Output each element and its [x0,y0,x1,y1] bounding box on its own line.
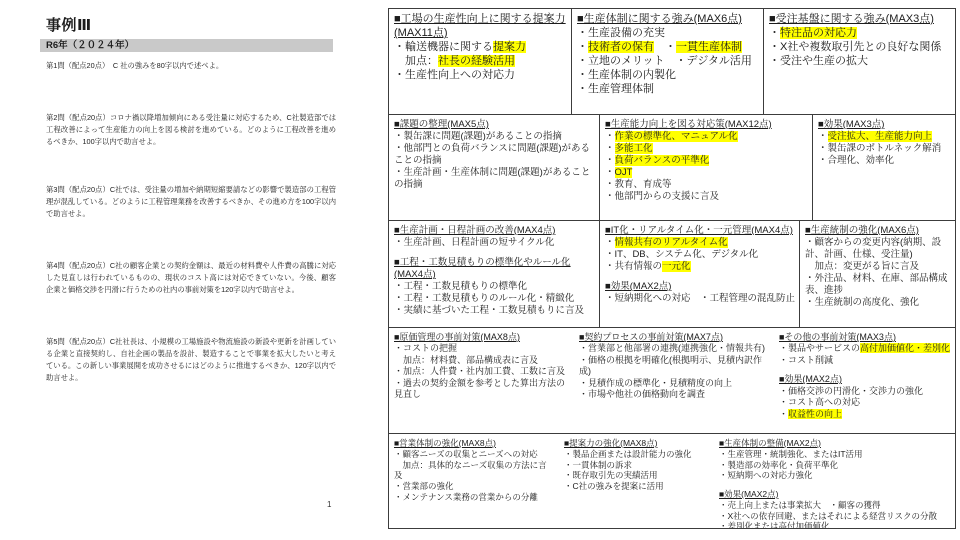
question-paragraph: 第4問（配点20点）C社の顧客企業との契約金額は、最近の材料費や人件費の高騰に対… [46,260,336,296]
box-line: ・生産計画・生産体制に問題(課題)があることの指摘 [394,167,595,191]
box-line: ・IT、DB、システム化、デジタル化 [605,249,795,261]
box-line: ・工程・工数見積もりのルール化・精緻化 [394,293,595,305]
answer-box: ■契約プロセスの事前対策(MAX7点)・営業部と他部署の連携(連携強化・情報共有… [574,328,774,433]
box-section: ■工場の生産性向上に関する提案力(MAX11点)・輸送機器に関する提案力 加点：… [394,13,567,83]
highlight: 作業の標準化、マニュアル化 [615,131,738,142]
box-section: ■生産統制の強化(MAX6点)・顧客からの変更内容(納期、設計、計画、仕様、受注… [805,225,951,309]
box-header: ■課題の整理(MAX5点) [394,119,595,131]
box-line: ・価格の根拠を明確化(根拠明示、見積内訳作成) [579,355,770,378]
box-line: ・見積作成の標準化・見積精度の向上 [579,378,770,389]
box-line: ・技術者の保有 ・一貫生産体制 [577,41,759,55]
box-section: ■生産能力向上を図る対応策(MAX12点)・作業の標準化、マニュアル化・多能工化… [605,119,808,203]
box-line: ・合理化、効率化 [818,155,951,167]
box-line: ・負荷バランスの平準化 [605,155,808,167]
box-header: ■生産能力向上を図る対応策(MAX12点) [605,119,808,131]
answer-row: ■原価管理の事前対策(MAX8点)・コストの把握 加点：材料費、部品構成表に言及… [388,327,956,434]
box-line: ・C社の強みを提案に活用 [564,481,710,492]
box-line: ・営業部の強化 [394,481,555,492]
box-line: ・顧客からの変更内容(納期、設計、計画、仕様、受注量) [805,237,951,261]
box-header: ■効果(MAX2点) [719,489,951,500]
box-line: ・コスト高への対応 [779,397,951,408]
box-line: ・生産体制の内製化 [577,69,759,83]
box-header: ■効果(MAX2点) [605,281,795,293]
answer-box: ■工場の生産性向上に関する提案力(MAX11点)・輸送機器に関する提案力 加点：… [389,9,571,114]
question-paragraph: 第5問（配点20点）C社社長は、小規模の工場施設や物流施設の新設や更新を計画して… [46,336,336,384]
box-line: ・他部門との負荷バランスに問題(課題)があることの指摘 [394,143,595,167]
box-header: ■工場の生産性向上に関する提案力(MAX11点) [394,13,567,41]
box-header: ■提案力の強化(MAX8点) [564,438,710,449]
box-section: ■契約プロセスの事前対策(MAX7点)・営業部と他部署の連携(連携強化・情報共有… [579,332,770,401]
box-header: ■生産体制に関する強み(MAX6点) [577,13,759,27]
box-header: ■受注基盤に関する強み(MAX3点) [769,13,951,27]
answer-row: ■工場の生産性向上に関する提案力(MAX11点)・輸送機器に関する提案力 加点：… [388,8,956,115]
highlight: 情報共有のリアルタイム化 [615,237,728,248]
box-line: 加点：変更がる旨に言及 [805,261,951,273]
box-line: ・製品やサービスの高付加価値化・差別化 [779,343,951,354]
box-header: ■生産統制の強化(MAX6点) [805,225,951,237]
highlight: 高付加価値化・差別化 [860,343,950,353]
box-section: ■原価管理の事前対策(MAX8点)・コストの把握 加点：材料費、部品構成表に言及… [394,332,570,401]
box-section: ■効果(MAX2点)・売上向上または事業拡大 ・顧客の獲得・X社への依存回避、ま… [719,489,951,528]
box-line: ・実績に基づいた工程・工数見積もりに言及 [394,305,595,317]
box-line: ・X社や複数取引先との良好な関係 [769,41,951,55]
answer-box: ■課題の整理(MAX5点)・製缶課に問題(課題)があることの指摘・他部門との負荷… [389,115,599,220]
box-line: ・他部門からの支援に言及 [605,191,808,203]
answer-box: ■生産体制の整備(MAX2点)・生産管理・統制強化、またはIT活用・製造部の効率… [714,434,955,528]
box-header: ■営業体制の強化(MAX8点) [394,438,555,449]
box-line: ・受注や生産の拡大 [769,55,951,69]
box-section: ■工程・工数見積もりの標準化やルール化(MAX4点)・工程・工数見積もりの標準化… [394,257,595,317]
answer-box: ■原価管理の事前対策(MAX8点)・コストの把握 加点：材料費、部品構成表に言及… [389,328,574,433]
box-header: ■生産計画・日程計画の改善(MAX4点) [394,225,595,237]
box-section: ■生産計画・日程計画の改善(MAX4点)・生産計画、日程計画の短サイクル化 [394,225,595,249]
box-line: ・生産管理体制 [577,83,759,97]
box-line: ・過去の契約金額を参考とした算出方法の見直し [394,378,570,401]
box-line: ・既存取引先の実績活用 [564,470,710,481]
box-header: ■IT化・リアルタイム化・一元管理(MAX4点) [605,225,795,237]
answer-panel: ■工場の生産性向上に関する提案力(MAX11点)・輸送機器に関する提案力 加点：… [388,8,956,529]
box-line: ・共有情報の一元化 [605,261,795,273]
box-line: ・特注品の対応力 [769,27,951,41]
box-section: ■課題の整理(MAX5点)・製缶課に問題(課題)があることの指摘・他部門との負荷… [394,119,595,191]
box-line: ・作業の標準化、マニュアル化 [605,131,808,143]
document-page: 事例Ⅲ R6年（２０２４年） 第1問（配点20点） C 社の強みを80字以内で述… [0,0,386,540]
box-line: ・生産管理・統制強化、またはIT活用 [719,449,951,460]
highlight: 特注品の対応力 [780,27,857,39]
year-band: R6年（２０２４年） [40,39,333,52]
answer-row: ■営業体制の強化(MAX8点)・顧客ニーズの収集とニーズへの対応 加点：具体的な… [388,433,956,529]
box-line: ・生産性向上への対応力 [394,69,567,83]
box-line: ・製缶課のボトルネック解消 [818,143,951,155]
box-section: ■受注基盤に関する強み(MAX3点)・特注品の対応力・X社や複数取引先との良好な… [769,13,951,69]
box-header: ■生産体制の整備(MAX2点) [719,438,951,449]
highlight: 多能工化 [615,143,653,154]
box-line: ・顧客ニーズの収集とニーズへの対応 [394,449,555,460]
box-line: ・OJT [605,167,808,179]
box-section: ■その他の事前対策(MAX3点)・製品やサービスの高付加価値化・差別化・コスト削… [779,332,951,366]
highlight: 一貫生産体制 [676,41,742,53]
answer-box: ■生産能力向上を図る対応策(MAX12点)・作業の標準化、マニュアル化・多能工化… [599,115,812,220]
page-number: 1 [327,500,331,509]
answer-box: ■生産計画・日程計画の改善(MAX4点)・生産計画、日程計画の短サイクル化■工程… [389,221,599,327]
highlight: 受注拡大、生産能力向上 [828,131,933,142]
box-line: ・製造部の効率化・負荷平準化 [719,460,951,471]
box-header: ■その他の事前対策(MAX3点) [779,332,951,343]
box-line: ・外注品、材料、在庫、部品構成表、進捗 [805,273,951,297]
box-line: ・売上向上または事業拡大 ・顧客の獲得 [719,500,951,511]
box-line: ・輸送機器に関する提案力 [394,41,567,55]
box-line: 加点：社長の経験活用 [394,55,567,69]
answer-box: ■効果(MAX3点)・受注拡大、生産能力向上・製缶課のボトルネック解消・合理化、… [812,115,955,220]
box-header: ■原価管理の事前対策(MAX8点) [394,332,570,343]
highlight: 提案力 [493,41,526,53]
box-line: ・製品企画または設計能力の強化 [564,449,710,460]
answer-box: ■その他の事前対策(MAX3点)・製品やサービスの高付加価値化・差別化・コスト削… [774,328,955,433]
box-line: ・差別化または高付加価値化 [719,521,951,528]
box-line: ・X社への依存回避、またはそれによる経営リスクの分散 [719,511,951,522]
highlight: 一元化 [662,261,691,272]
box-section: ■効果(MAX2点)・価格交渉の円滑化・交渉力の強化・コスト高への対応・収益性の… [779,374,951,420]
answer-box: ■営業体制の強化(MAX8点)・顧客ニーズの収集とニーズへの対応 加点：具体的な… [389,434,559,528]
question-paragraph: 第1問（配点20点） C 社の強みを80字以内で述べよ。 [46,60,336,72]
answer-box: ■生産統制の強化(MAX6点)・顧客からの変更内容(納期、設計、計画、仕様、受注… [799,221,955,327]
answer-box: ■受注基盤に関する強み(MAX3点)・特注品の対応力・X社や複数取引先との良好な… [763,9,955,114]
answer-box: ■生産体制に関する強み(MAX6点)・生産設備の充実・技術者の保有 ・一貫生産体… [571,9,763,114]
box-line: ・コスト削減 [779,355,951,366]
box-line: ・生産計画、日程計画の短サイクル化 [394,237,595,249]
box-line: ・情報共有のリアルタイム化 [605,237,795,249]
box-line: 加点：材料費、部品構成表に言及 [394,355,570,366]
box-line: ・工程・工数見積もりの標準化 [394,281,595,293]
box-line: ・市場や他社の価格動向を調査 [579,389,770,400]
box-section: ■効果(MAX2点)・短納期化への対応 ・工程管理の混乱防止 [605,281,795,305]
box-line: ・収益性の向上 [779,409,951,420]
highlight: OJT [615,167,633,178]
box-line: ・生産設備の充実 [577,27,759,41]
case-title: 事例Ⅲ [46,14,92,35]
box-line: ・コストの把握 [394,343,570,354]
answer-row: ■生産計画・日程計画の改善(MAX4点)・生産計画、日程計画の短サイクル化■工程… [388,220,956,328]
box-line: ・製缶課に問題(課題)があることの指摘 [394,131,595,143]
box-section: ■IT化・リアルタイム化・一元管理(MAX4点)・情報共有のリアルタイム化・IT… [605,225,795,273]
box-section: ■営業体制の強化(MAX8点)・顧客ニーズの収集とニーズへの対応 加点：具体的な… [394,438,555,503]
box-line: ・加点：人件費・社内加工費、工数に言及 [394,366,570,377]
box-section: ■効果(MAX3点)・受注拡大、生産能力向上・製缶課のボトルネック解消・合理化、… [818,119,951,167]
question-paragraph: 第2問（配点20点）コロナ禍以降増加傾向にある受注量に対応するため、C社製造部で… [46,112,336,148]
box-header: ■効果(MAX3点) [818,119,951,131]
answer-box: ■IT化・リアルタイム化・一元管理(MAX4点)・情報共有のリアルタイム化・IT… [599,221,799,327]
box-line: ・メンテナンス業務の営業からの分離 [394,492,555,503]
highlight: 負荷バランスの平準化 [615,155,710,166]
box-section: ■提案力の強化(MAX8点)・製品企画または設計能力の強化・一貫体制の訴求・既存… [564,438,710,492]
box-section: ■生産体制の整備(MAX2点)・生産管理・統制強化、またはIT活用・製造部の効率… [719,438,951,481]
highlight: 収益性の向上 [788,409,842,419]
box-line: ・一貫体制の訴求 [564,460,710,471]
highlight: 社長の経験活用 [438,55,515,67]
box-line: ・多能工化 [605,143,808,155]
box-line: ・価格交渉の円滑化・交渉力の強化 [779,386,951,397]
box-header: ■工程・工数見積もりの標準化やルール化(MAX4点) [394,257,595,281]
box-line: ・受注拡大、生産能力向上 [818,131,951,143]
box-header: ■効果(MAX2点) [779,374,951,385]
question-paragraph: 第3問（配点20点）C社では、受注量の増加や納期短縮要請などの影響で製造部の工程… [46,184,336,220]
box-line: ・営業部と他部署の連携(連携強化・情報共有) [579,343,770,354]
box-line: ・生産統制の高度化、強化 [805,297,951,309]
box-line: ・短納期化への対応 ・工程管理の混乱防止 [605,293,795,305]
answer-row: ■課題の整理(MAX5点)・製缶課に問題(課題)があることの指摘・他部門との負荷… [388,114,956,221]
box-header: ■契約プロセスの事前対策(MAX7点) [579,332,770,343]
highlight: 技術者の保有 [588,41,654,53]
box-line: ・短納期への対応力強化 [719,470,951,481]
box-line: 加点：具体的なニーズ収集の方法に言及 [394,460,555,482]
box-line: ・立地のメリット ・デジタル活用 [577,55,759,69]
box-section: ■生産体制に関する強み(MAX6点)・生産設備の充実・技術者の保有 ・一貫生産体… [577,13,759,97]
box-line: ・教育、育成等 [605,179,808,191]
answer-box: ■提案力の強化(MAX8点)・製品企画または設計能力の強化・一貫体制の訴求・既存… [559,434,714,528]
